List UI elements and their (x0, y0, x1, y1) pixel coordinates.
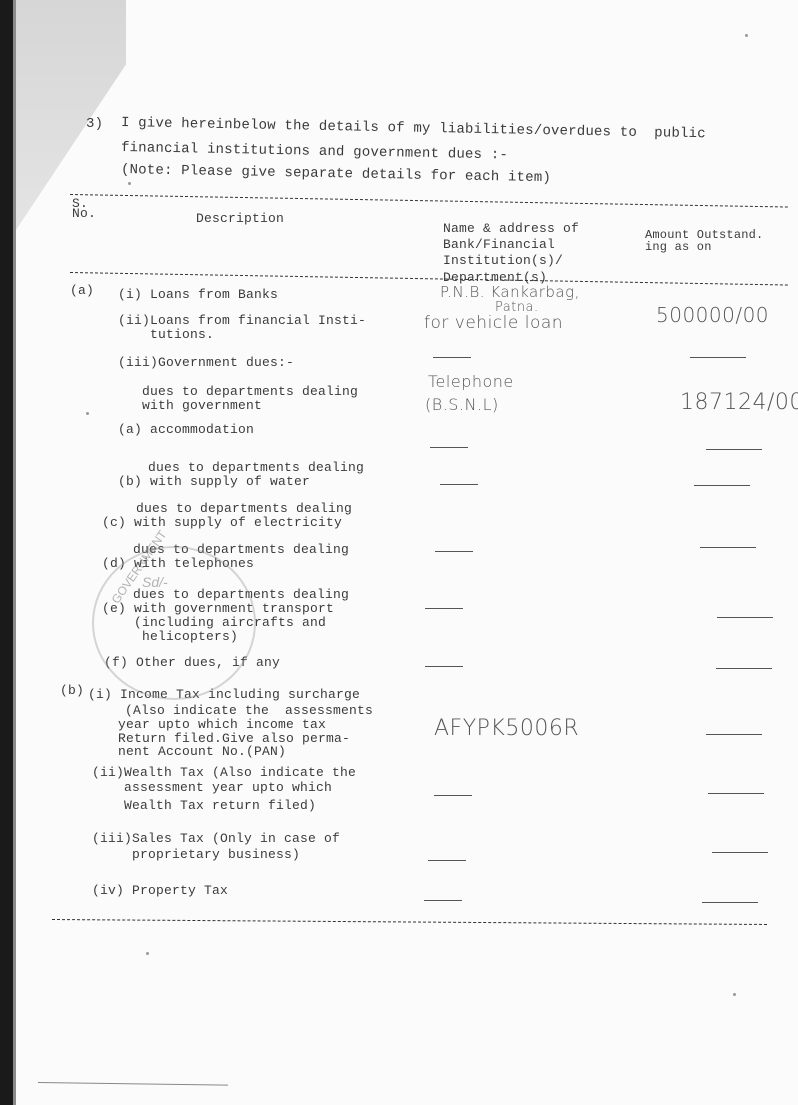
hw-amount-loan: 500000/00 (656, 303, 769, 327)
row-loans-fi-1: (ii)Loans from financial Insti- (118, 314, 366, 328)
nil-dash (690, 357, 746, 358)
nil-dash (706, 449, 762, 450)
nil-dash (717, 617, 773, 618)
nil-dash (425, 666, 463, 667)
row-electricity-1: dues to departments dealing (136, 502, 352, 516)
group-a: (a) (70, 284, 94, 298)
hw-telephone: Telephone (428, 372, 514, 391)
nil-dash (435, 551, 473, 552)
col-sno-2: No. (72, 207, 96, 221)
row-wealth-tax-3: Wealth Tax return filed) (92, 799, 316, 813)
row-loans-fi-2: tutions. (118, 328, 214, 342)
hw-bank-name: P.N.B. Kankarbag, (440, 283, 580, 301)
row-govt-dues: (iii)Government dues:- (118, 356, 294, 370)
official-stamp (92, 546, 256, 700)
nil-dash (702, 902, 758, 903)
nil-dash (433, 357, 471, 358)
intro-line-2: financial institutions and government du… (121, 141, 508, 162)
hw-amount-telephone: 187124/00 (680, 390, 798, 415)
row-loans-banks: (i) Loans from Banks (118, 288, 278, 302)
scan-edge (0, 0, 13, 1105)
scan-speck (745, 34, 748, 37)
row-income-tax-3: year upto which income tax (118, 718, 326, 732)
nil-dash (708, 793, 764, 794)
col-institution-2: Bank/Financial (443, 238, 555, 252)
row-wealth-tax-2: assessment year upto which (92, 781, 332, 795)
nil-dash (700, 547, 756, 548)
row-water-2: (b) with supply of water (118, 475, 310, 489)
row-sales-tax-1: (iii)Sales Tax (Only in case of (92, 832, 340, 846)
scan-speck (86, 412, 89, 415)
nil-dash (430, 447, 468, 448)
hw-bsnl: (B.S.N.L) (425, 395, 499, 414)
row-accom-2: with government (142, 399, 262, 413)
nil-dash (428, 860, 466, 861)
col-amount-2: ing as on (645, 240, 712, 254)
row-income-tax-2: (Also indicate the assessments (125, 704, 373, 718)
scan-edge-shadow (13, 0, 16, 1105)
row-wealth-tax-1: (ii)Wealth Tax (Also indicate the (92, 766, 356, 780)
table-top-rule (70, 194, 788, 208)
hw-vehicle-loan: for vehicle loan (424, 313, 563, 333)
nil-dash (712, 852, 768, 853)
group-b: (b) (60, 684, 84, 698)
scan-speck (146, 952, 149, 955)
nil-dash (434, 795, 472, 796)
hw-pan-number: AFYPK5006R (434, 716, 579, 741)
scan-speck (128, 182, 131, 185)
col-institution-3: Institution(s)/ (443, 254, 563, 268)
nil-dash (706, 734, 762, 735)
intro-line-1: I give hereinbelow the details of my lia… (121, 116, 706, 141)
nil-dash (716, 668, 772, 669)
nil-dash (694, 485, 750, 486)
stamp-signature: Sd/- (142, 574, 168, 590)
col-description: Description (196, 212, 284, 226)
table-bottom-rule (52, 919, 767, 925)
nil-dash (425, 608, 463, 609)
row-income-tax-1: (i) Income Tax including surcharge (88, 688, 360, 702)
faint-bottom-line (38, 1082, 228, 1086)
table-header-rule (70, 272, 788, 286)
row-accom-1: dues to departments dealing (142, 385, 358, 399)
row-income-tax-5: nent Account No.(PAN) (118, 745, 286, 759)
row-property-tax: (iv) Property Tax (92, 884, 228, 898)
row-sales-tax-2: proprietary business) (92, 848, 300, 862)
intro-note: (Note: Please give separate details for … (121, 163, 551, 185)
row-accom-3: (a) accommodation (118, 423, 254, 437)
row-electricity-2: (c) with supply of electricity (102, 516, 342, 530)
nil-dash (424, 900, 462, 901)
row-water-1: dues to departments dealing (148, 461, 364, 475)
scan-speck (733, 993, 736, 996)
nil-dash (440, 484, 478, 485)
section-number: 3) (86, 117, 103, 131)
col-institution-1: Name & address of (443, 222, 579, 236)
